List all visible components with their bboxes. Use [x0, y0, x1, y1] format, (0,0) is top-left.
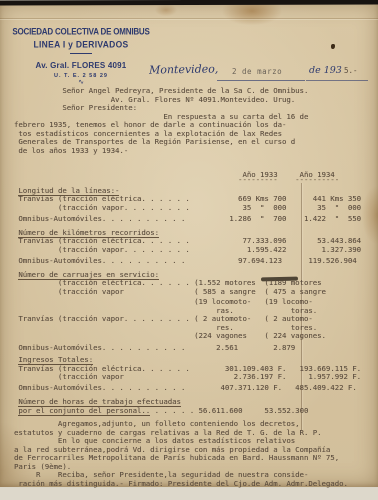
typed-line: ración más distinguida.- Firmado: Presid… [14, 480, 374, 489]
typed-line: (tracción vapor. . . . . . . . 35 " 000 … [14, 204, 374, 213]
typed-line-text: (tracción vapor ( 585 a sangre ( 475 a s… [14, 287, 326, 296]
letter-paper: SOCIEDAD COLECTIVA DE OMNIBUS LINEA I y … [0, 3, 378, 487]
typed-line-text: (tracción vapor. . . . . . . . 1.595.422… [14, 245, 361, 254]
typed-line-text: ración más distinguida.- Firmado: Presid… [14, 479, 348, 488]
dateline-year-suffix: 5.- [344, 66, 358, 75]
typed-line: (tracción vapor ( 585 a sangre ( 475 a s… [14, 288, 374, 297]
typed-line: (224 vagones ( 224 vagones. [14, 332, 374, 341]
letterhead-address: Av. Gral. FLORES 4091 [10, 61, 152, 70]
typed-line: Omnibus-Automóviles. . . . . . . . . . 2… [14, 344, 374, 353]
horizontal-crease [0, 18, 378, 19]
typed-line-text: --------- ---------- [14, 175, 339, 184]
dateline-city: Montevideo, [149, 62, 219, 76]
typed-line-underlined: por el conjunto del personal.. [18, 406, 150, 416]
letterhead-rule [70, 53, 92, 57]
typed-body: Señor Angel Pedreyra, Presidente de la S… [14, 87, 374, 488]
letterhead-ornament: ∿ [10, 80, 152, 85]
typed-line: Omnibus-Automóviles. . . . . . . . . . 4… [14, 384, 374, 393]
typed-line-text: . . . . . 56.611.600 53.552.300 [150, 406, 308, 415]
typed-line: (tracción vapor 2.736.197 F. 1.957.992 F… [14, 373, 374, 382]
dateline-day-month: 2 de marzo [232, 67, 282, 76]
typed-line: Omnibus-Automóviles. . . . . . . . . . 1… [14, 215, 374, 224]
dateline-underline-2 [306, 80, 368, 81]
dateline-underline-1 [217, 80, 305, 81]
typed-line-text: (tracción vapor. . . . . . . . 35 " 000 … [14, 203, 361, 212]
typed-line-text: (224 vagones ( 224 vagones. [14, 331, 326, 340]
typed-line: --------- ---------- [14, 176, 374, 185]
typed-line-text: Omnibus-Automóviles. . . . . . . . . . 9… [14, 256, 357, 265]
typed-line-text: (tracción vapor 2.736.197 F. 1.957.992 F… [14, 372, 361, 381]
ink-dot-mark [331, 44, 335, 49]
letterhead-company-line2: LINEA I y DERIVADOS [10, 39, 152, 50]
typed-line: (tracción vapor. . . . . . . . 1.595.422… [14, 246, 374, 255]
typed-line: de los años 1933 y 1934.- [14, 147, 374, 156]
typed-line-text: de los años 1933 y 1934.- [14, 146, 128, 155]
typed-line-text: Omnibus-Automóviles. . . . . . . . . . 4… [14, 383, 357, 392]
typed-line-text: Omnibus-Automóviles. . . . . . . . . . 1… [14, 214, 361, 223]
dateline-printed-prefix: de 193 [309, 65, 342, 76]
scan-backing-bottom [0, 488, 378, 500]
typed-line: por el conjunto del personal.. . . . . .… [14, 407, 374, 416]
typed-line: Omnibus-Automóviles. . . . . . . . . . 9… [14, 257, 374, 266]
typed-line-text: Omnibus-Automóviles. . . . . . . . . . 2… [14, 343, 295, 352]
letterhead: SOCIEDAD COLECTIVA DE OMNIBUS LINEA I y … [10, 27, 152, 85]
letterhead-company-line1: SOCIEDAD COLECTIVA DE OMNIBUS [10, 26, 152, 36]
